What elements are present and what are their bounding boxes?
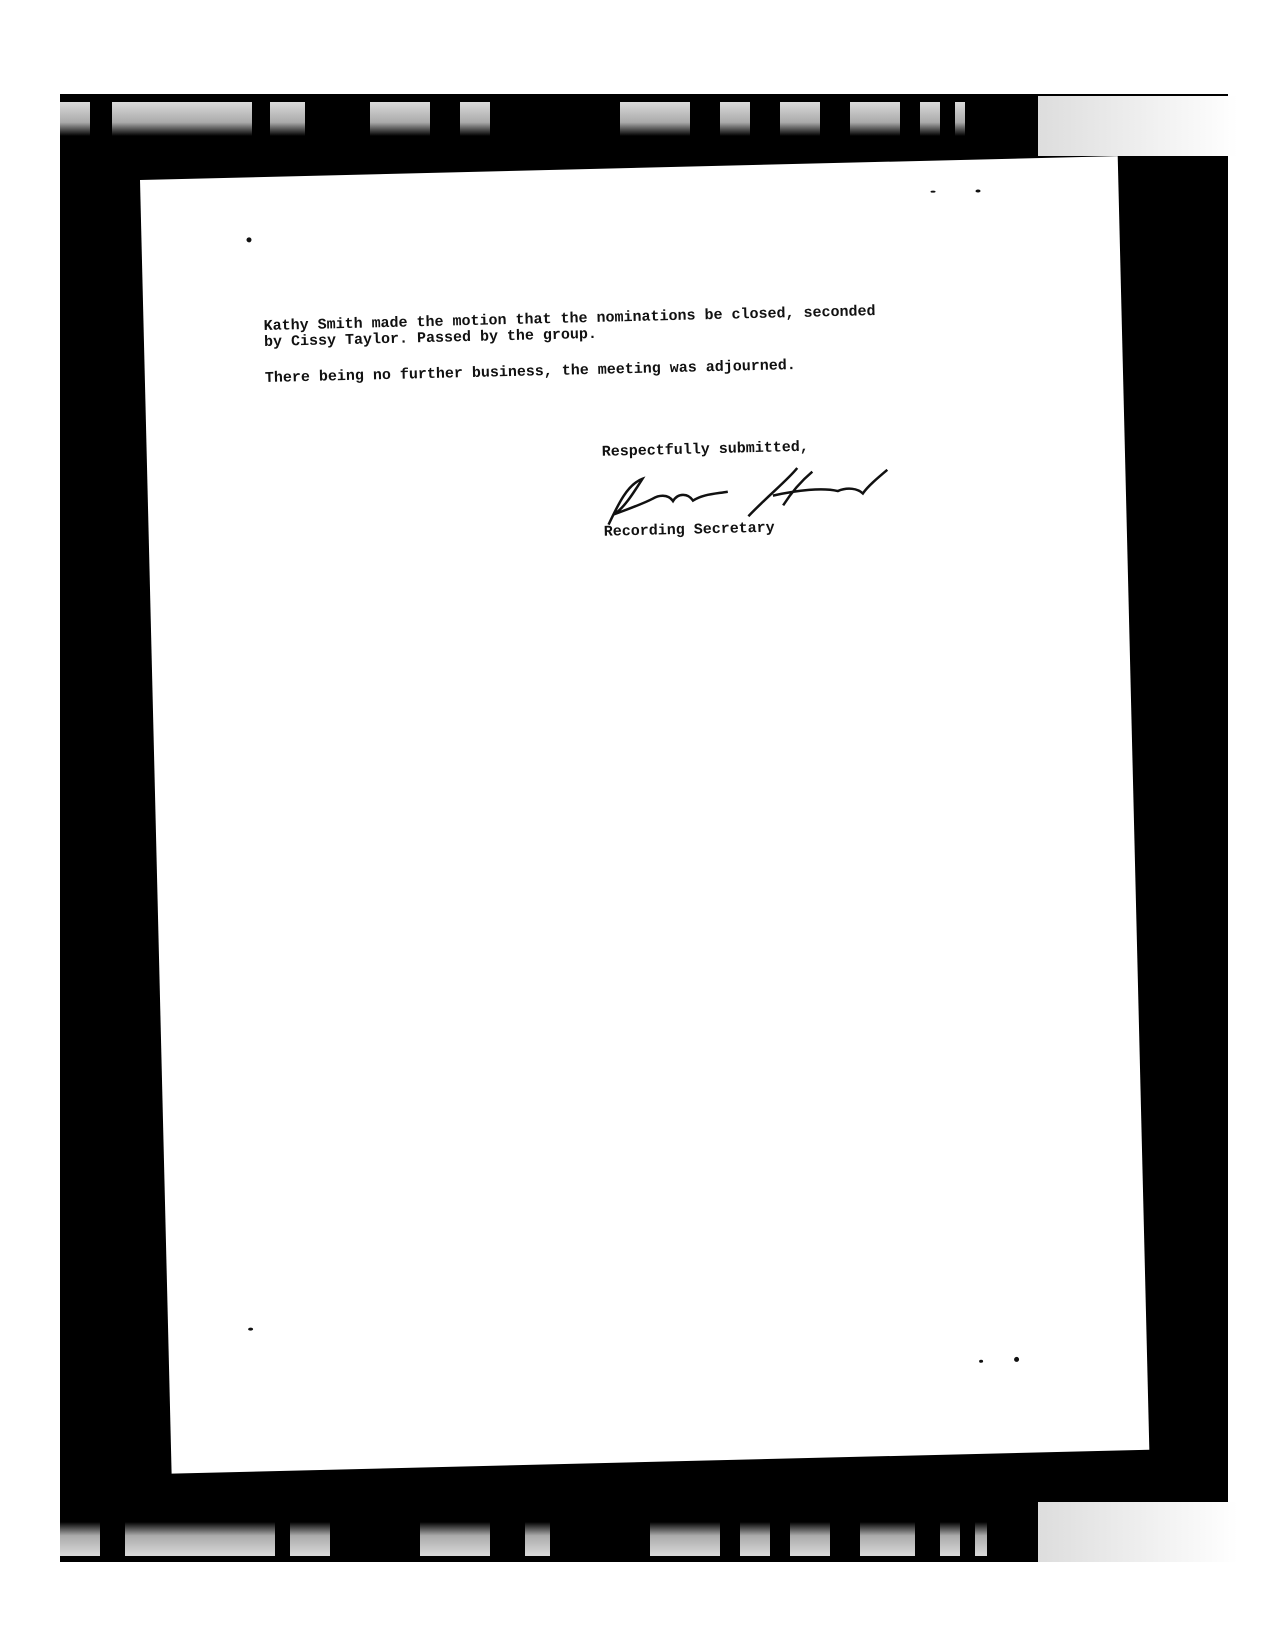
signatory-role: Recording Secretary [604, 520, 775, 541]
motion-paragraph: Kathy Smith made the motion that the nom… [263, 300, 1044, 351]
adjournment-paragraph: There being no further business, the mee… [265, 352, 1045, 387]
sprocket-strip-bottom [60, 1512, 1228, 1562]
closing-line: Respectfully submitted, [602, 439, 809, 461]
sprocket-strip-top [60, 94, 1228, 144]
document-page: Kathy Smith made the motion that the nom… [140, 156, 1149, 1474]
minutes-body: Kathy Smith made the motion that the nom… [263, 300, 1045, 407]
